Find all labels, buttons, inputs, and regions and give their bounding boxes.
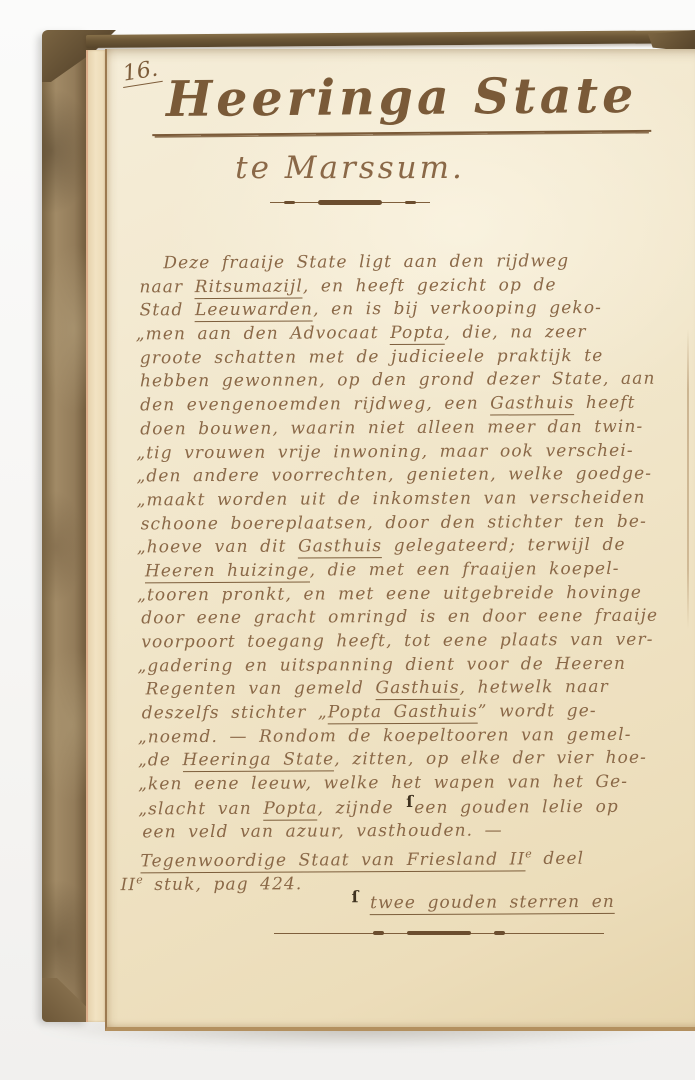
underlined-phrase: Gasthuis	[375, 678, 459, 700]
underlined-phrase: Gasthuis	[490, 394, 574, 416]
manuscript-line: naar Ritsumazijl, en heeft gezicht op de	[139, 273, 695, 300]
text-segment: Deze fraaije State ligt aan den rijdweg	[163, 251, 569, 273]
text-segment: naar	[139, 277, 194, 297]
underlined-phrase: Heeringa State	[182, 750, 334, 773]
manuscript-line: ſ twee gouden sterren en	[351, 889, 695, 915]
underlined-phrase: Popta	[390, 323, 444, 345]
subtitle-divider-flourish	[270, 198, 430, 207]
manuscript-line: „men aan den Advocaat Popta, die, na zee…	[136, 321, 695, 348]
text-segment: „men aan den Advocaat	[136, 323, 391, 344]
manuscript-line: hebben gewonnen, op den grond dezer Stat…	[140, 368, 695, 395]
manuscript-line: „hoeve van dit Gasthuis gelegateerd; ter…	[137, 534, 695, 561]
text-segment: , en is bij verkooping geko-	[313, 299, 602, 321]
text-segment: „slacht van	[138, 799, 263, 820]
underlined-phrase: Gasthuis	[298, 537, 382, 559]
manuscript-line: Deze fraaije State ligt aan den rijdweg	[163, 250, 695, 276]
text-segment: „hoeve van dit	[137, 537, 298, 558]
text-segment: deszelfs stichter „	[142, 703, 328, 724]
underlined-phrase: Popta Gasthuis	[328, 702, 478, 725]
manuscript-line: Stad Leeuwarden, en is bij verkooping ge…	[140, 297, 695, 324]
manuscript-line: „noemd. — Rondom de koepeltooren van gem…	[138, 724, 695, 751]
manuscript-line: door eene gracht omringd is en door eene…	[141, 605, 695, 632]
text-segment: , zijnde	[318, 798, 406, 818]
text-segment: Stad	[140, 301, 196, 321]
flourish-center-bar	[318, 200, 382, 205]
page-stack-edges	[86, 50, 107, 1022]
flourish-left-dot	[284, 201, 295, 204]
manuscript-line: Tegenwoordige Staat van Friesland IIe de…	[140, 842, 695, 869]
text-segment: , die met een fraaijen koepel-	[309, 559, 619, 581]
manuscript-line: „ken eene leeuw, welke het wapen van het…	[138, 771, 695, 798]
flourish-center-bar	[407, 931, 471, 936]
underlined-phrase: Heeren huizinge	[145, 561, 310, 584]
text-segment: hebben gewonnen, op den grond dezer Stat…	[140, 369, 656, 392]
text-segment: , zitten, op elke der vier hoe-	[334, 749, 647, 771]
manuscript-body: Deze fraaije State ligt aan den rijdwegn…	[105, 250, 695, 916]
manuscript-line: „slacht van Popta, zijnde ſeen gouden le…	[138, 795, 695, 822]
underlined-phrase: twee gouden sterren en	[370, 892, 615, 915]
underlined-phrase: Leeuwarden	[195, 300, 313, 323]
manuscript-line: voorpoort toegang heeft, tot eene plaats…	[141, 629, 695, 656]
text-segment: „ken eene leeuw, welke het wapen van het…	[138, 772, 628, 795]
underlined-phrase: Popta	[263, 799, 317, 821]
text-segment: „de	[138, 751, 183, 771]
text-segment: schoone boereplaatsen, door den stichter…	[141, 512, 647, 535]
text-segment: II	[121, 875, 137, 895]
insertion-caret-mark: ſ	[406, 792, 413, 811]
text-segment: heeft	[574, 393, 635, 413]
text-segment: een gouden lelie op	[414, 797, 619, 818]
text-segment: „den andere voorrechten, genieten, welke…	[136, 464, 652, 487]
insertion-caret-mark: ſ	[352, 887, 370, 906]
manuscript-line: deszelfs stichter „Popta Gasthuis” wordt…	[142, 700, 695, 727]
text-segment: stuk, pag 424.	[143, 874, 303, 895]
text-segment: voorpoort toegang heeft, tot eene plaats…	[141, 630, 653, 653]
underlined-phrase: Ritsumazijl	[195, 277, 303, 300]
flourish-left-dot	[373, 931, 384, 934]
flourish-right-dot	[494, 931, 505, 934]
photo-of-manuscript: { "book": { "page_number": "16.", "title…	[0, 0, 695, 1080]
text-segment: ” wordt ge-	[478, 701, 597, 722]
text-segment: een veld van azuur, vasthouden. —	[142, 820, 503, 842]
text-segment: „tooren pronkt, en met eene uitgebreide …	[137, 583, 642, 606]
text-segment: deel	[532, 849, 584, 869]
manuscript-line: „tooren pronkt, en met eene uitgebreide …	[137, 581, 695, 608]
title-block: Heeringa State	[107, 69, 695, 134]
manuscript-line: Heeren huizinge, die met een fraaijen ko…	[145, 558, 695, 585]
manuscript-line: groote schatten met de judicieele prakti…	[140, 345, 695, 372]
manuscript-line: „de Heeringa State, zitten, op elke der …	[138, 747, 695, 774]
cover-top-edge	[86, 30, 695, 48]
text-segment: , en heeft gezicht op de	[303, 275, 557, 296]
manuscript-page: 16. Heeringa State te Marssum. Deze fraa…	[105, 49, 695, 1031]
text-segment: , hetwelk naar	[460, 678, 609, 699]
manuscript-line: „den andere voorrechten, genieten, welke…	[136, 463, 695, 490]
manuscript-line: een veld van azuur, vasthouden. —	[142, 818, 695, 845]
bottom-divider-flourish	[274, 929, 604, 938]
text-segment: groote schatten met de judicieele prakti…	[140, 346, 604, 368]
text-segment: gelegateerd; terwijl de	[382, 535, 626, 556]
page-title: Heeringa State	[152, 67, 652, 137]
text-segment: „maakt worden uit de inkomsten van versc…	[137, 488, 646, 511]
manuscript-line: den evengenoemden rijdweg, een Gasthuis …	[140, 392, 695, 419]
text-segment: „gadering en uitspanning dient voor de H…	[137, 654, 626, 677]
text-segment: Regenten van gemeld	[146, 679, 376, 700]
page-subtitle: te Marssum.	[105, 150, 645, 186]
text-segment: den evengenoemden rijdweg, een	[140, 394, 490, 416]
text-segment: „noemd. — Rondom de koepeltooren van gem…	[138, 725, 632, 748]
manuscript-line: „gadering en uitspanning dient voor de H…	[137, 652, 695, 679]
text-segment: doen bouwen, waarin niet alleen meer dan…	[140, 417, 643, 440]
manuscript-line: doen bouwen, waarin niet alleen meer dan…	[140, 416, 695, 443]
manuscript-line: „tig vrouwen vrije inwoning, maar ook ve…	[136, 439, 695, 466]
manuscript-line: Regenten van gemeld Gasthuis, hetwelk na…	[145, 676, 695, 703]
text-segment: door eene gracht omringd is en door eene…	[141, 606, 658, 629]
manuscript-line: schoone boereplaatsen, door den stichter…	[141, 510, 695, 537]
flourish-right-dot	[405, 201, 416, 204]
text-segment: „tig vrouwen vrije inwoning, maar ook ve…	[136, 441, 633, 464]
book-leather-spine	[42, 32, 88, 1022]
text-segment: , die, na zeer	[444, 322, 586, 343]
manuscript-line: „maakt worden uit de inkomsten van versc…	[137, 487, 695, 514]
